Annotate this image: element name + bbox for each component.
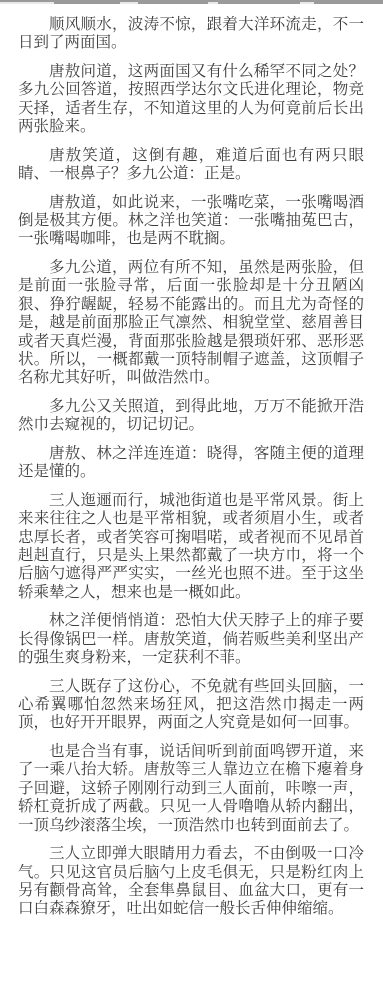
paragraph: 也是合当有事，说话间听到前面鸣锣开道，来了一乘八抬大轿。唐敖等三人靠边立在檐下瘪… xyxy=(18,742,364,834)
reader-page: 顺风顺水，波涛不惊，跟着大洋环流走，不一日到了两面国。 唐敖问道，这两面国又有什… xyxy=(0,4,383,1000)
paragraph: 多九公又关照道，到得此地，万万不能掀开浩然巾去窥视的，切记切记。 xyxy=(18,397,364,434)
paragraph: 顺风顺水，波涛不惊，跟着大洋环流走，不一日到了两面国。 xyxy=(18,15,364,52)
paragraph: 多九公道，两位有所不知，虽然是两张脸，但是前面一张脸寻常，后面一张脸却是十分丑陋… xyxy=(18,258,364,387)
paragraph: 唐敖道，如此说来，一张嘴吃菜，一张嘴喝酒倒是极其方便。林之洋也笑道：一张嘴抽菟巴… xyxy=(18,193,364,248)
paragraph: 唐敖笑道，这倒有趣，难道后面也有两只眼睛、一根鼻子？多九公道：正是。 xyxy=(18,146,364,183)
paragraph: 林之洋便悄悄道：恐怕大伏天脖子上的痱子要长得像锅巴一样。唐敖笑道，倘若贩些美利坚… xyxy=(18,611,364,666)
paragraph: 三人迤逦而行，城池街道也是平常风景。街上来来往往之人也是平常相貌，或者须眉小生，… xyxy=(18,491,364,602)
paragraph: 唐敖、林之洋连连道：晓得，客随主便的道理还是懂的。 xyxy=(18,444,364,481)
paragraph: 唐敖问道，这两面国又有什么稀罕不同之处？多九公回答道，按照西学达尔文氏进化理论，… xyxy=(18,62,364,136)
paragraph: 三人立即弹大眼睛用力看去，不由倒吸一口冷气。只见这官员后脑勺上皮毛俱无，只是粉红… xyxy=(18,844,364,918)
paragraph: 三人既存了这份心，不免就有些回头回脑，一心希翼哪怕忽然来场狂风，把这浩然巾揭走一… xyxy=(18,677,364,732)
